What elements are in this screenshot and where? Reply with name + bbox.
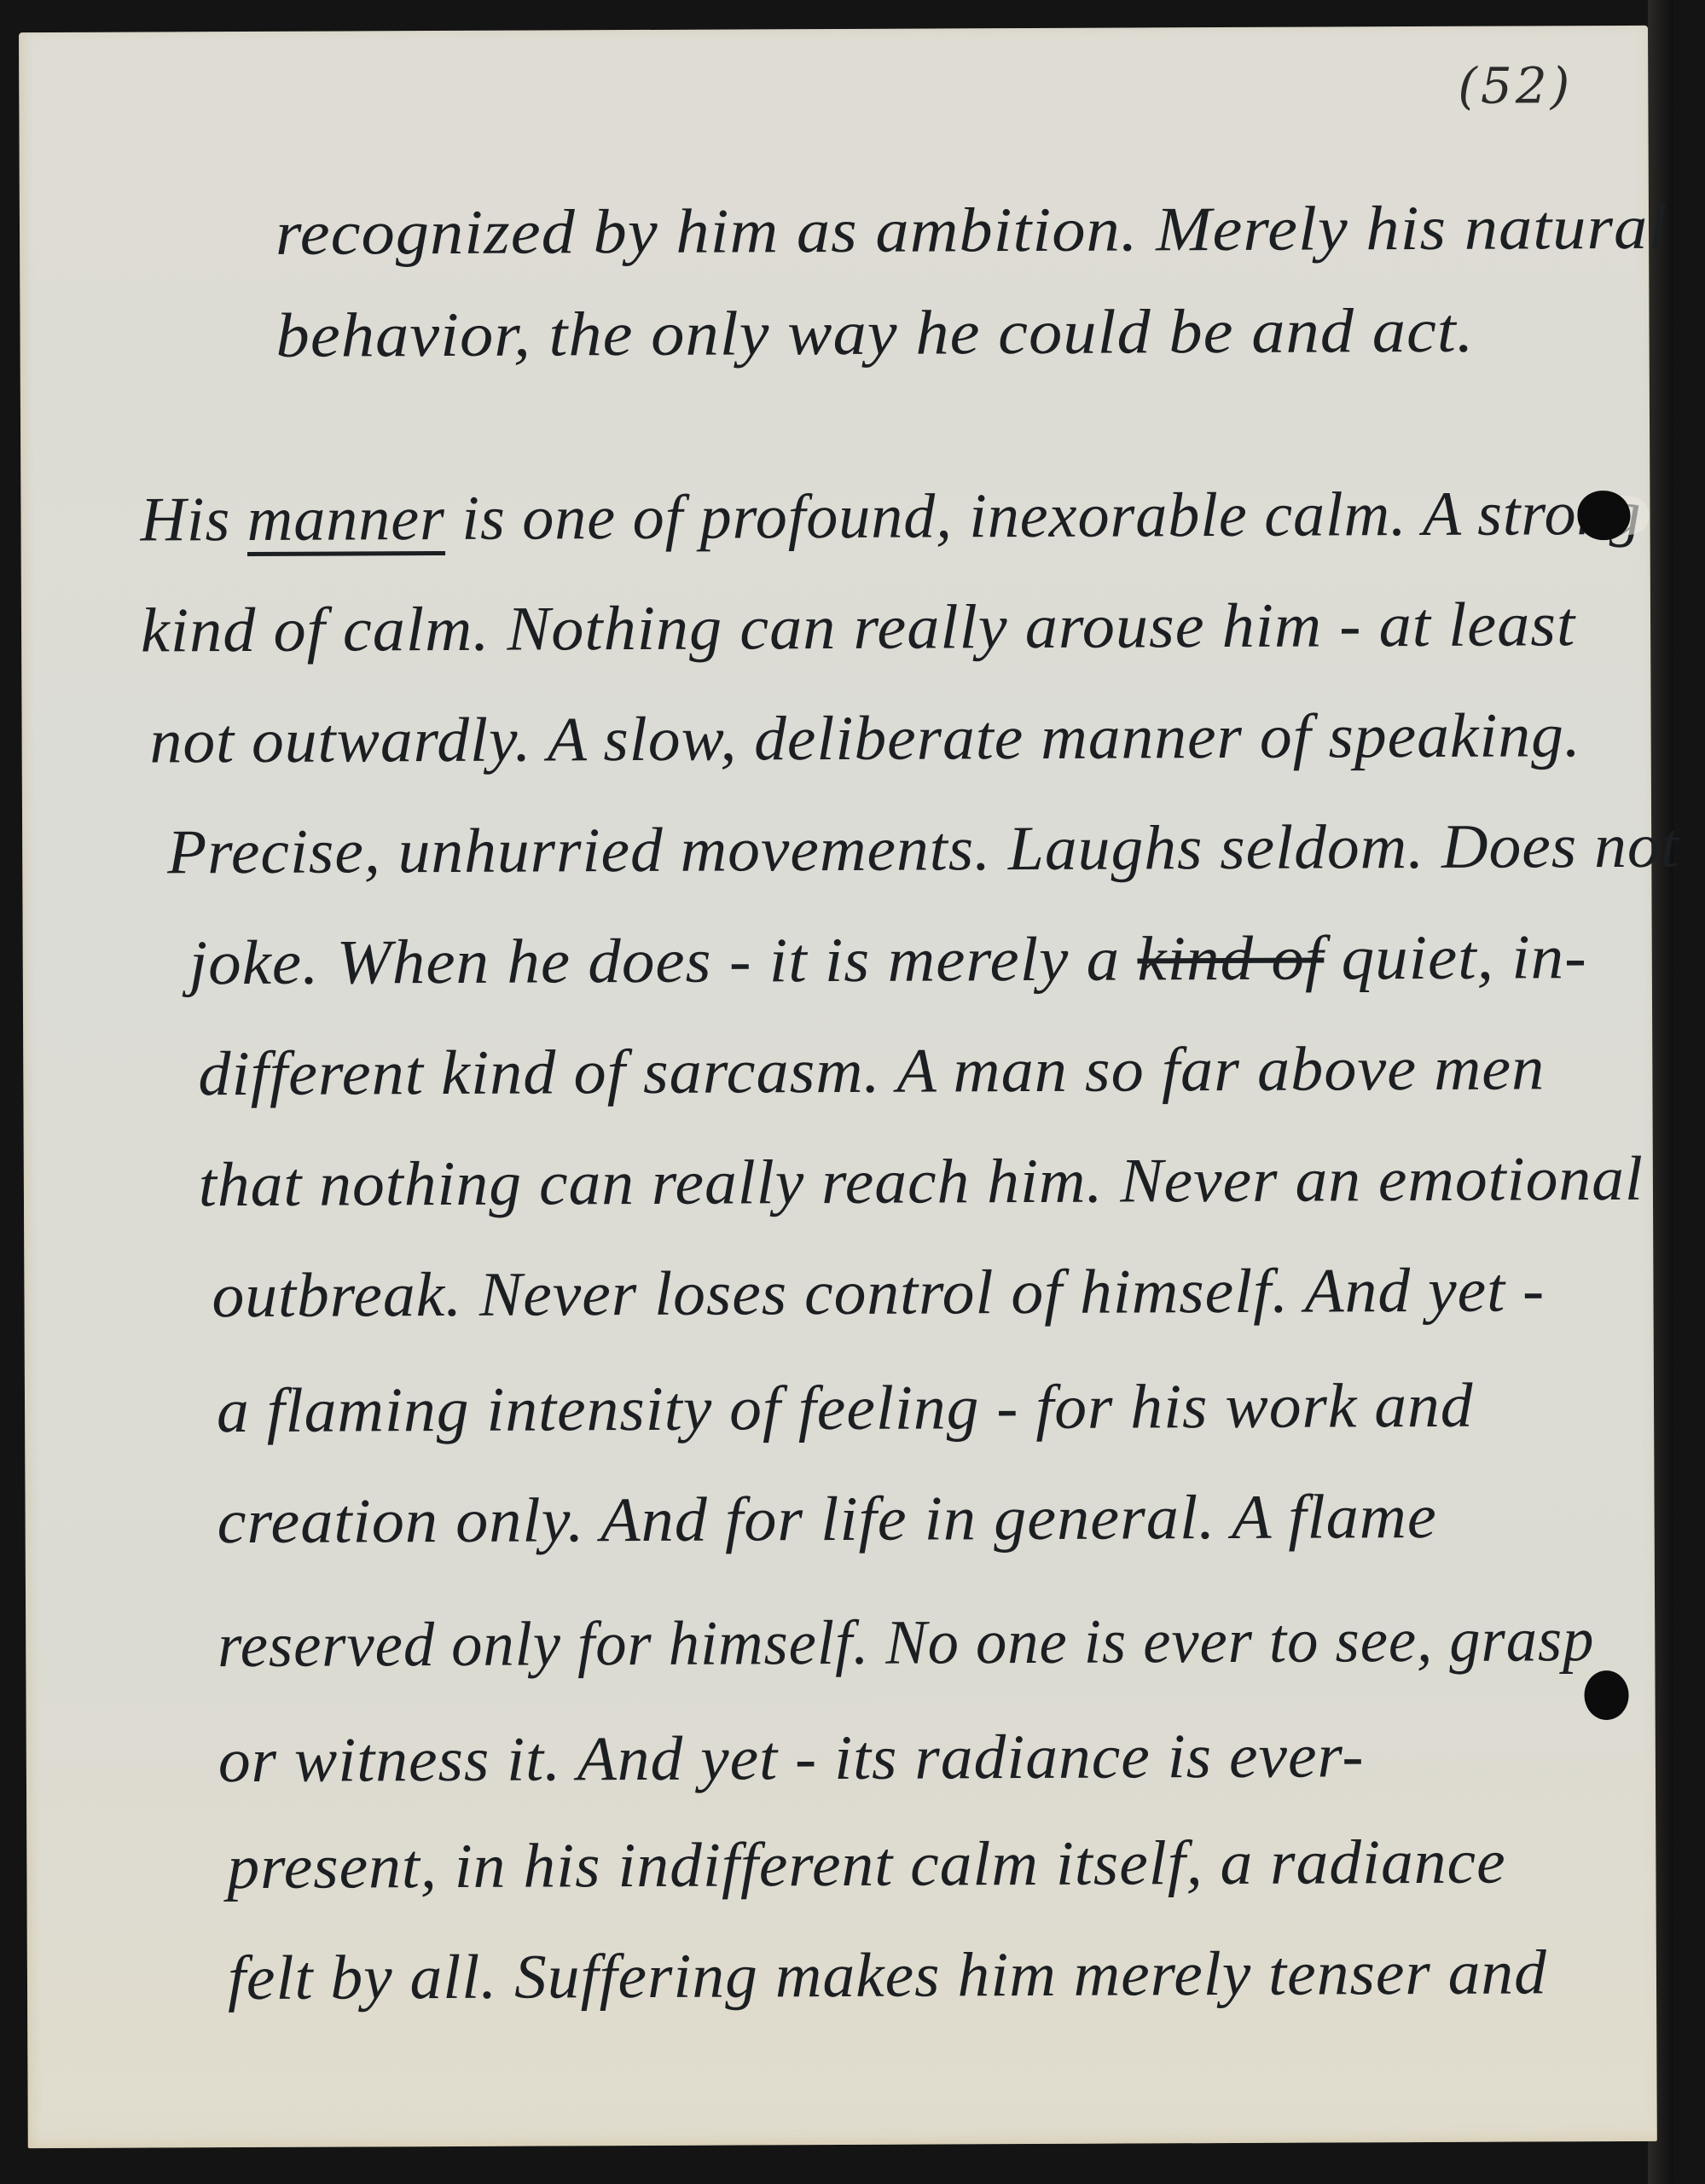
line-7-start: joke. When he does - it is merely a bbox=[189, 924, 1138, 998]
line-3-start: His bbox=[140, 485, 247, 555]
punch-hole-lower bbox=[1584, 1670, 1628, 1720]
manuscript-line-15: present, in his indifferent calm itself,… bbox=[227, 1827, 1506, 1905]
manuscript-line-13: reserved only for himself. No one is eve… bbox=[217, 1604, 1595, 1682]
manuscript-line-1: recognized by him as ambition. Merely hi… bbox=[275, 192, 1668, 270]
underlined-word-manner: manner bbox=[247, 484, 445, 555]
manuscript-line-2: behavior, the only way he could be and a… bbox=[275, 295, 1474, 373]
page-number: (52) bbox=[1458, 56, 1573, 115]
scanned-document: (52) recognized by him as ambition. Mere… bbox=[0, 0, 1705, 2184]
manuscript-line-12: creation only. And for life in general. … bbox=[217, 1481, 1436, 1559]
line-7-end: quiet, in- bbox=[1324, 922, 1587, 993]
manuscript-line-10: outbreak. Never loses control of himself… bbox=[212, 1254, 1545, 1333]
struck-out-word: kind of bbox=[1137, 924, 1324, 995]
manuscript-line-5: not outwardly. A slow, deliberate manner… bbox=[149, 700, 1581, 778]
manuscript-line-16: felt by all. Suffering makes him merely … bbox=[228, 1937, 1547, 2015]
manuscript-line-4: kind of calm. Nothing can really arouse … bbox=[141, 589, 1576, 667]
manuscript-line-8: different kind of sarcasm. A man so far … bbox=[198, 1032, 1545, 1111]
manuscript-line-14: or witness it. And yet - its radiance is… bbox=[218, 1720, 1365, 1798]
manuscript-page: (52) recognized by him as ambition. Mere… bbox=[19, 26, 1657, 2148]
line-3-end: is one of profound, inexorable calm. A s… bbox=[445, 479, 1642, 554]
punch-hole-upper bbox=[1577, 491, 1630, 540]
manuscript-line-11: a flaming intensity of feeling - for his… bbox=[217, 1370, 1474, 1448]
manuscript-line-3: His manner is one of profound, inexorabl… bbox=[140, 478, 1641, 557]
manuscript-line-7: joke. When he does - it is merely a kind… bbox=[189, 921, 1587, 1000]
manuscript-line-6: Precise, unhurried movements. Laughs sel… bbox=[167, 810, 1679, 890]
manuscript-line-9: that nothing can really reach him. Never… bbox=[199, 1143, 1644, 1222]
